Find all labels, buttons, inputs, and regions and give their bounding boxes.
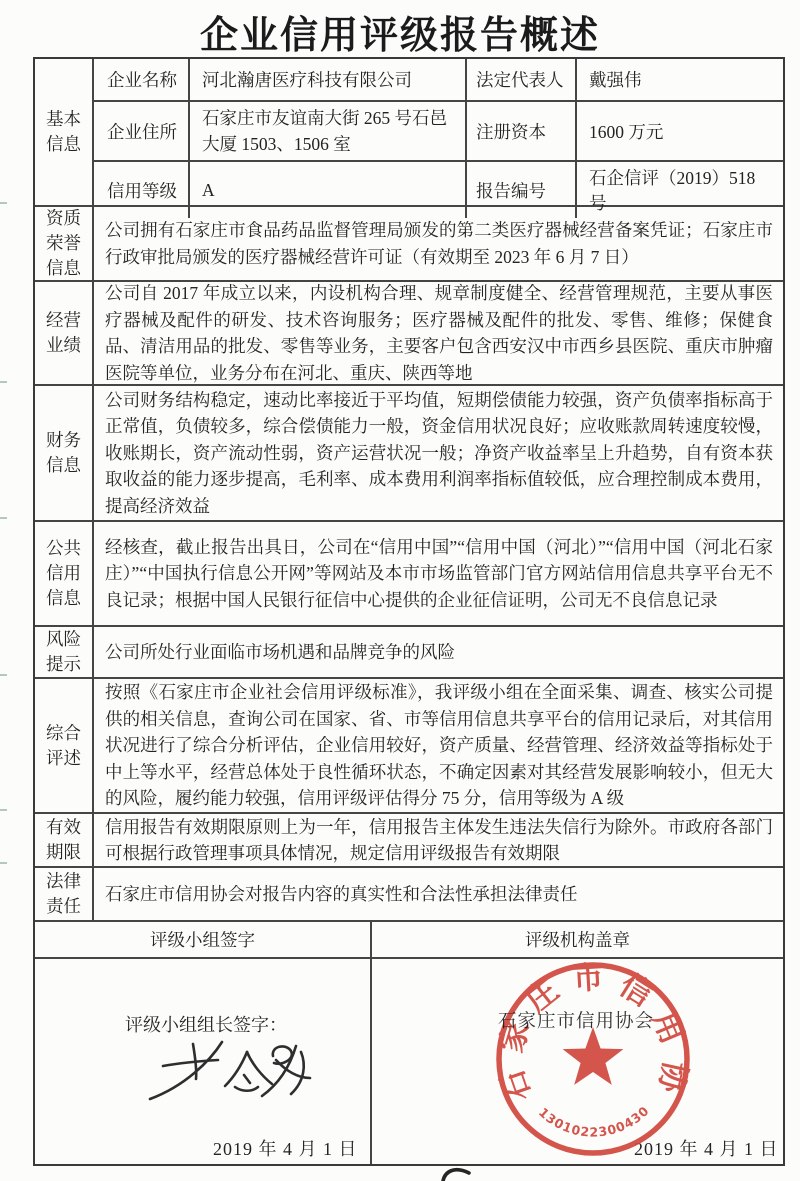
rating-team-signature-header: 评级小组签字 [35, 922, 372, 957]
section-text: 按照《石家庄市企业社会信用评级标准》，我评级小组在全面采集、调查、核实公司提供的… [105, 679, 773, 812]
handwritten-signature [140, 1031, 350, 1111]
signature-body-row: 评级小组组长签字： [35, 957, 783, 1164]
table-row: 企业住所 石家庄市友谊南大街 265 号石邑大厦 1503、1506 室 注册资… [94, 100, 783, 160]
field-value-company-name: 河北瀚唐医疗科技有限公司 [190, 59, 467, 100]
section-label: 资质荣誉信息 [35, 207, 94, 280]
section-text: 石家庄市信用协会对报告内容的真实性和合法性承担法律责任 [105, 881, 773, 908]
scan-artifact [0, 517, 7, 519]
seal-number: 1301022300430 [536, 1103, 652, 1139]
section-label: 经营业绩 [35, 282, 94, 384]
section-comprehensive-review: 综合评述 按照《石家庄市企业社会信用评级标准》，我评级小组在全面采集、调查、核实… [35, 677, 783, 812]
team-signature-date: 2019 年 4 月 1 日 [213, 1135, 358, 1161]
section-risk-hint: 风险提示 公司所处行业面临市场机遇和品牌竞争的风险 [35, 625, 783, 677]
team-signature-cell: 评级小组组长签字： [35, 959, 372, 1164]
field-label-company-name: 企业名称 [94, 59, 190, 100]
scan-artifact [0, 202, 7, 204]
field-label-address: 企业住所 [94, 102, 190, 160]
field-label-legal-rep: 法定代表人 [467, 59, 577, 100]
section-label: 风险提示 [35, 627, 94, 677]
agency-name-text: 石家庄市信用协会 [498, 1007, 654, 1033]
scanned-credit-report-page: 企业信用评级报告概述 基本信息 企业名称 河北瀚唐医疗科技有限公司 法定代表人 … [0, 0, 800, 1181]
report-table: 基本信息 企业名称 河北瀚唐医疗科技有限公司 法定代表人 戴强伟 企业住所 石家… [33, 57, 785, 1166]
section-label: 综合评述 [35, 679, 94, 812]
agency-seal-cell: 石家庄市信用协会 石家庄市信用协会 1301022300430 2019 [372, 959, 783, 1164]
section-text: 信用报告有效期限原则上为一年，信用报告主体发生违法失信行为除外。市政府各部门可根… [105, 814, 773, 867]
section-public-credit: 公共信用信息 经核查，截止报告出具日，公司在“信用中国”“信用中国（河北）”“信… [35, 520, 783, 625]
section-text: 公司所处行业面临市场机遇和品牌竞争的风险 [105, 639, 773, 666]
cutoff-handwriting-mark [435, 1164, 479, 1181]
section-text: 公司拥有石家庄市食品药品监督管理局颁发的第二类医疗器械经营备案凭证；石家庄市行政… [105, 217, 773, 270]
svg-text:1301022300430: 1301022300430 [536, 1103, 652, 1139]
scan-artifact [0, 862, 7, 864]
section-validity-period: 有效期限 信用报告有效期限原则上为一年，信用报告主体发生违法失信行为除外。市政府… [35, 812, 783, 866]
field-label-registered-capital: 注册资本 [467, 102, 577, 160]
scan-artifact [0, 809, 7, 811]
section-qualifications: 资质荣誉信息 公司拥有石家庄市食品药品监督管理局颁发的第二类医疗器械经营备案凭证… [35, 205, 783, 280]
section-text: 公司自 2017 年成立以来，内设机构合理、规章制度健全、经营管理规范，主要从事… [105, 280, 773, 386]
section-label: 财务信息 [35, 386, 94, 520]
field-value-legal-rep: 戴强伟 [577, 59, 783, 100]
section-legal-liability: 法律责任 石家庄市信用协会对报告内容的真实性和合法性承担法律责任 [35, 866, 783, 920]
table-row: 企业名称 河北瀚唐医疗科技有限公司 法定代表人 戴强伟 [94, 59, 783, 100]
section-business-performance: 经营业绩 公司自 2017 年成立以来，内设机构合理、规章制度健全、经营管理规范… [35, 280, 783, 384]
section-label: 法律责任 [35, 868, 94, 920]
field-value-registered-capital: 1600 万元 [577, 102, 783, 160]
section-label-basic: 基本信息 [35, 59, 94, 205]
field-value-address: 石家庄市友谊南大街 265 号石邑大厦 1503、1506 室 [190, 102, 467, 160]
section-basic-info: 基本信息 企业名称 河北瀚唐医疗科技有限公司 法定代表人 戴强伟 企业住所 石家… [35, 59, 783, 205]
official-red-seal: 石家庄市信用协会 1301022300430 [488, 951, 698, 1167]
section-label: 公共信用信息 [35, 522, 94, 625]
scan-artifact [0, 674, 7, 676]
section-text: 公司财务结构稳定，速动比率接近于平均值，短期偿债能力较强，资产负债率指标高于正常… [105, 387, 773, 520]
section-text: 经核查，截止报告出具日，公司在“信用中国”“信用中国（河北）”“信用中国（河北石… [105, 534, 773, 614]
scan-artifact [0, 381, 7, 383]
page-title: 企业信用评级报告概述 [0, 4, 800, 59]
section-financial-info: 财务信息 公司财务结构稳定，速动比率接近于平均值，短期偿债能力较强，资产负债率指… [35, 384, 783, 520]
seal-star-icon [563, 1027, 624, 1085]
section-label: 有效期限 [35, 814, 94, 866]
